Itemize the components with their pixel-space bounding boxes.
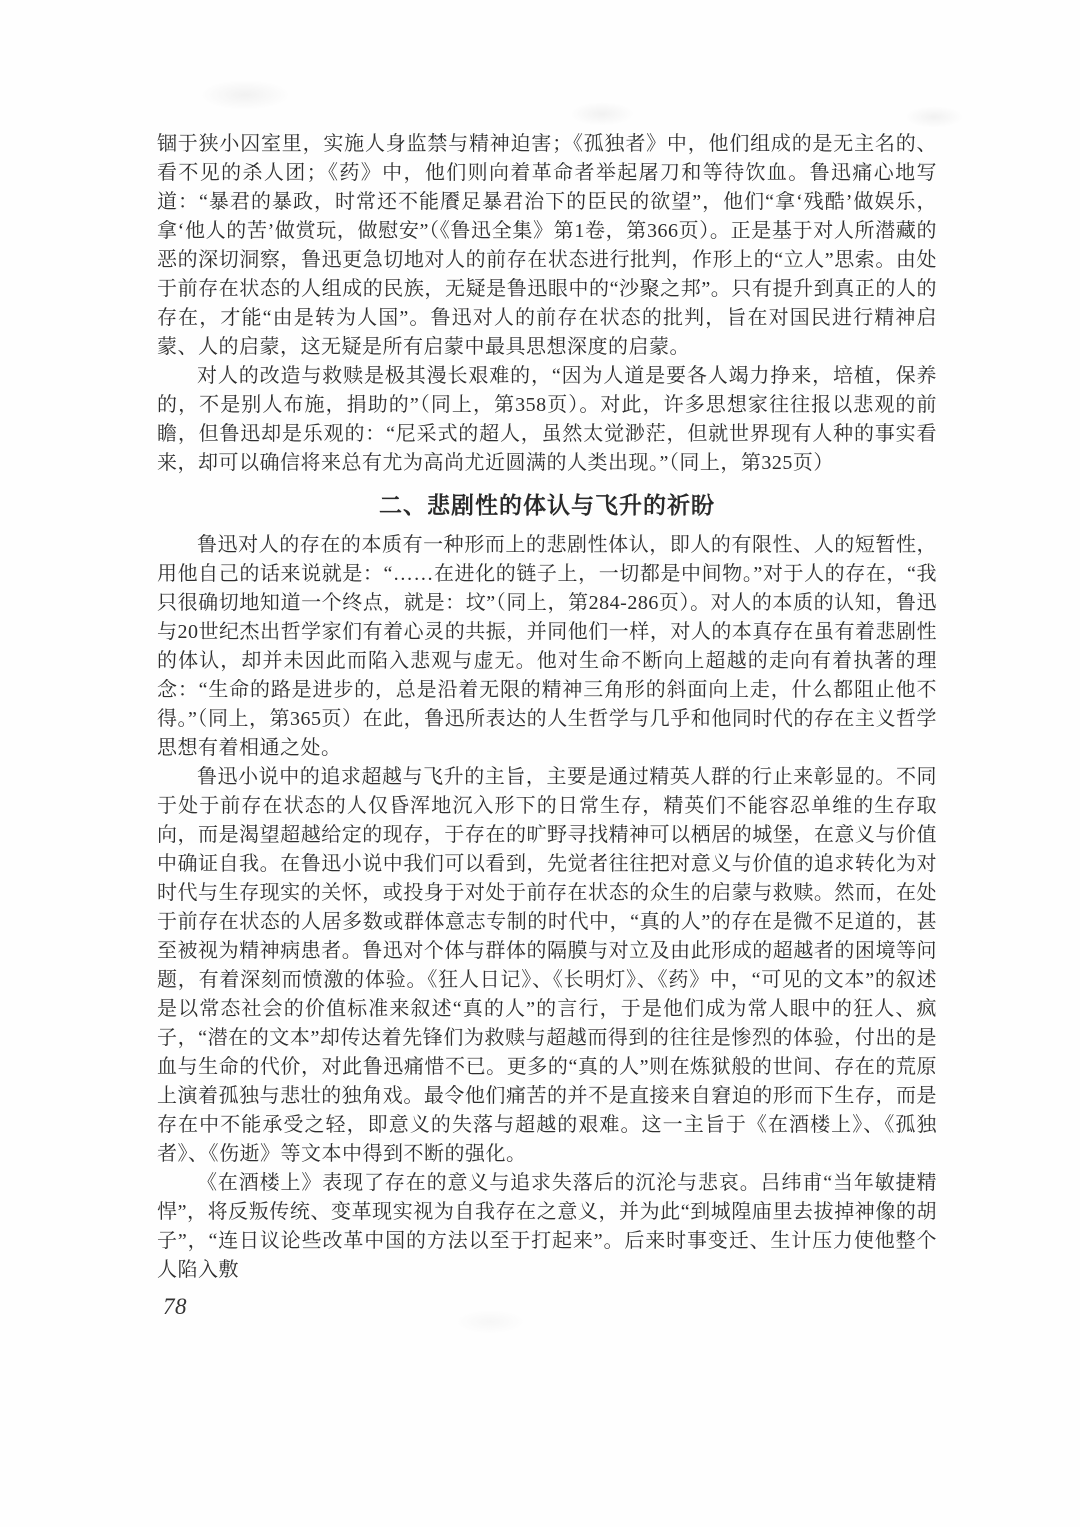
text-column: 锢于狭小囚室里，实施人身监禁与精神迫害；《孤独者》中，他们组成的是无主名的、看不… [157, 130, 937, 1321]
scan-smudge [570, 102, 634, 126]
paragraph-2: 对人的改造与救赎是极其漫长艰难的，“因为人道是要各人竭力挣来，培植，保养的，不是… [157, 362, 937, 478]
section-heading: 二、悲剧性的体认与飞升的祈盼 [157, 492, 937, 520]
paragraph-5: 《在酒楼上》表现了存在的意义与追求失落后的沉沦与悲哀。吕纬甫“当年敏捷精悍”，将… [157, 1169, 937, 1285]
scanned-paper-page: 锢于狭小囚室里，实施人身监禁与精神迫害；《孤独者》中，他们组成的是无主名的、看不… [0, 0, 1080, 1527]
page-number: 78 [157, 1292, 937, 1321]
scan-smudge [905, 106, 963, 128]
scan-smudge [200, 80, 290, 110]
paragraph-4: 鲁迅小说中的追求超越与飞升的主旨，主要是通过精英人群的行止来彰显的。不同于处于前… [157, 763, 937, 1169]
paragraph-3: 鲁迅对人的存在的本质有一种形而上的悲剧性体认，即人的有限性、人的短暂性，用他自己… [157, 531, 937, 763]
paragraph-continuation: 锢于狭小囚室里，实施人身监禁与精神迫害；《孤独者》中，他们组成的是无主名的、看不… [157, 130, 937, 362]
